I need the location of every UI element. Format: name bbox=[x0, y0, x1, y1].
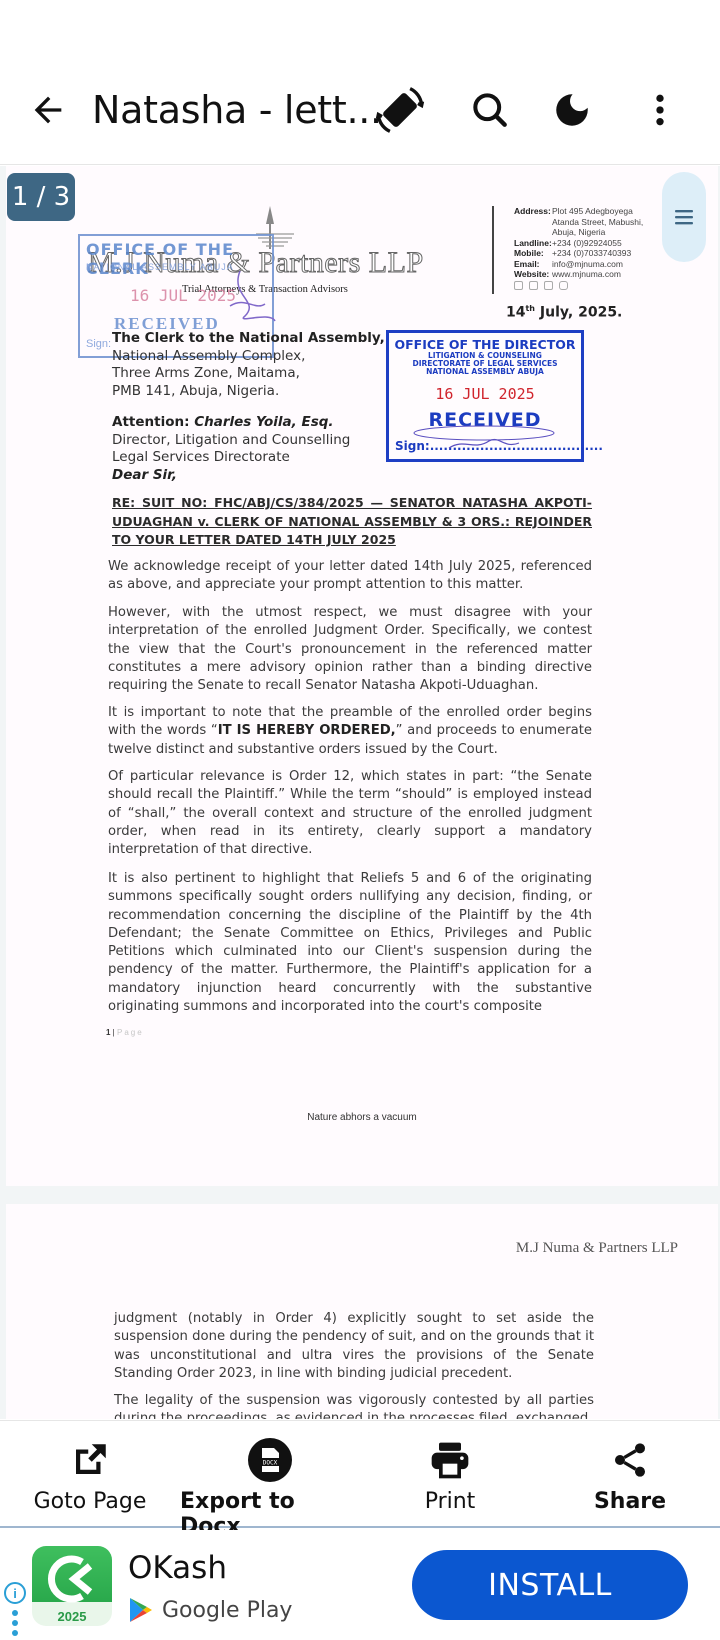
instagram-icon bbox=[559, 281, 568, 290]
google-play-icon bbox=[128, 1596, 154, 1624]
body-paragraph: We acknowledge receipt of your letter da… bbox=[108, 558, 592, 595]
contact-value: Atanda Street, Mabushi, bbox=[552, 217, 643, 228]
stamp-subtitle: NATIONAL ASSEMBLY ABUJA bbox=[86, 262, 234, 272]
open-external-icon bbox=[69, 1439, 111, 1481]
firm-contact-block: Address:Plot 495 Adegboyega Atanda Stree… bbox=[514, 206, 643, 280]
pdf-viewer[interactable]: 1 / 3 M.J Numa & Partners LLP Trial Atto… bbox=[0, 166, 720, 1419]
attention-line: Legal Services Directorate bbox=[112, 449, 350, 467]
back-button[interactable] bbox=[24, 86, 72, 134]
share-icon bbox=[610, 1440, 650, 1480]
signature-scribble-icon bbox=[409, 423, 559, 453]
contact-label: Mobile: bbox=[514, 248, 552, 259]
recipient-line: PMB 141, Abuja, Nigeria. bbox=[112, 383, 385, 401]
attention-block: Attention: Charles Yoila, Esq. Director,… bbox=[112, 414, 350, 484]
page-word: Page bbox=[117, 1028, 144, 1037]
signature-scribble-icon bbox=[220, 266, 280, 326]
bottom-action-bar: Goto Page DOCX Export to Docx Print Shar… bbox=[0, 1420, 720, 1528]
attention-name: Charles Yoila, Esq. bbox=[194, 414, 333, 430]
dark-mode-icon bbox=[551, 89, 593, 131]
contact-value: +234 (0)7033740393 bbox=[552, 248, 631, 259]
contact-label: Website: bbox=[514, 269, 552, 280]
ad-banner[interactable]: i 2025 OKash Google Play INSTALL bbox=[0, 1530, 720, 1640]
search-button[interactable] bbox=[462, 82, 518, 138]
action-label: Goto Page bbox=[34, 1489, 147, 1514]
stamp-subtitle: NATIONAL ASSEMBLY ABUJA bbox=[389, 367, 581, 376]
contact-value: info@mjnuma.com bbox=[552, 259, 623, 270]
page-counter: 1 / 3 bbox=[7, 173, 75, 221]
install-button[interactable]: INSTALL bbox=[412, 1550, 688, 1620]
subject-line: RE: SUIT NO: FHC/ABJ/CS/384/2025 — SENAT… bbox=[112, 494, 592, 550]
contact-value: Plot 495 Adegboyega bbox=[552, 206, 633, 217]
ad-app-name: OKash bbox=[128, 1550, 227, 1586]
contact-label bbox=[514, 217, 552, 228]
more-vert-icon bbox=[640, 90, 680, 130]
export-docx-button[interactable]: DOCX Export to Docx bbox=[180, 1421, 360, 1526]
action-label: Share bbox=[594, 1489, 666, 1514]
body-paragraph: It is important to note that the preambl… bbox=[108, 704, 592, 759]
docx-file-icon: DOCX bbox=[248, 1438, 292, 1482]
contact-value: +234 (0)92924055 bbox=[552, 238, 622, 249]
contact-divider bbox=[492, 206, 494, 294]
attention-label: Attention: bbox=[112, 414, 194, 430]
date-rest: July, 2025. bbox=[535, 305, 622, 321]
linkedin-icon bbox=[544, 281, 553, 290]
stamp-title: OFFICE OF THE DIRECTOR bbox=[389, 337, 581, 352]
outline-toggle-button[interactable] bbox=[662, 172, 706, 262]
date-suffix: th bbox=[525, 304, 535, 313]
contact-label: Address: bbox=[514, 206, 552, 217]
store-badge: Google Play bbox=[128, 1596, 292, 1624]
pdf-page-1: M.J Numa & Partners LLP Trial Attorneys … bbox=[6, 166, 718, 1186]
print-button[interactable]: Print bbox=[360, 1421, 540, 1526]
document-title: Natasha - lett... bbox=[92, 88, 382, 132]
facebook-icon bbox=[514, 281, 523, 290]
contact-value: www.mjnuma.com bbox=[552, 269, 621, 280]
printer-icon bbox=[428, 1438, 472, 1482]
app-icon[interactable]: 2025 bbox=[32, 1546, 112, 1626]
rotate-screen-icon bbox=[373, 83, 427, 137]
store-label: Google Play bbox=[162, 1598, 292, 1623]
recipient-address: The Clerk to the National Assembly, Nati… bbox=[112, 330, 385, 400]
stamp-sign: Sign: bbox=[86, 338, 111, 350]
body-paragraph: judgment (notably in Order 4) explicitly… bbox=[114, 1310, 594, 1383]
page-number-value: 1 bbox=[106, 1028, 110, 1037]
svg-text:DOCX: DOCX bbox=[263, 1460, 278, 1467]
pdf-page-2: M.J Numa & Partners LLP judgment (notabl… bbox=[6, 1204, 718, 1419]
page-footer: Nature abhors a vacuum bbox=[6, 1112, 718, 1123]
goto-page-button[interactable]: Goto Page bbox=[0, 1421, 180, 1526]
date-day: 14 bbox=[506, 305, 525, 321]
share-button[interactable]: Share bbox=[540, 1421, 720, 1526]
letter-date: 14th July, 2025. bbox=[506, 304, 622, 321]
attention-line: Director, Litigation and Counselling bbox=[112, 432, 350, 450]
back-arrow-icon bbox=[28, 90, 68, 130]
okash-logo-icon bbox=[44, 1552, 100, 1606]
rotate-button[interactable] bbox=[372, 82, 428, 138]
recipient-line: National Assembly Complex, bbox=[112, 348, 385, 366]
twitter-icon bbox=[529, 281, 538, 290]
action-label: Print bbox=[425, 1489, 476, 1514]
body-paragraph: Of particular relevance is Order 12, whi… bbox=[108, 768, 592, 859]
contact-label: Landline: bbox=[514, 238, 552, 249]
stamp-date: 16 JUL 2025 bbox=[389, 385, 581, 403]
recipient-line: The Clerk to the National Assembly, bbox=[112, 330, 385, 348]
paragraph-emphasis: IT IS HEREBY ORDERED, bbox=[218, 723, 396, 738]
contact-label: Email: bbox=[514, 259, 552, 270]
ad-options-icon[interactable] bbox=[12, 1610, 18, 1636]
contact-value: Abuja, Nigeria bbox=[552, 227, 605, 238]
app-bar: Natasha - lett... bbox=[0, 60, 720, 165]
body-paragraph: However, with the utmost respect, we mus… bbox=[108, 604, 592, 695]
page-header-brand: M.J Numa & Partners LLP bbox=[516, 1240, 678, 1257]
dark-mode-button[interactable] bbox=[544, 82, 600, 138]
director-received-stamp: OFFICE OF THE DIRECTOR LITIGATION & COUN… bbox=[386, 330, 584, 462]
body-paragraph: It is also pertinent to highlight that R… bbox=[108, 870, 592, 1016]
salutation: Dear Sir, bbox=[112, 467, 350, 485]
page-number: 1 | Page bbox=[106, 1028, 144, 1037]
search-icon bbox=[468, 88, 512, 132]
app-icon-year: 2025 bbox=[32, 1609, 112, 1624]
social-icons bbox=[514, 281, 568, 290]
menu-lines-icon bbox=[673, 206, 695, 228]
body-paragraph: The legality of the suspension was vigor… bbox=[114, 1392, 594, 1419]
contact-label bbox=[514, 227, 552, 238]
more-options-button[interactable] bbox=[632, 82, 688, 138]
ad-info-icon[interactable]: i bbox=[4, 1582, 26, 1604]
recipient-line: Three Arms Zone, Maitama, bbox=[112, 365, 385, 383]
